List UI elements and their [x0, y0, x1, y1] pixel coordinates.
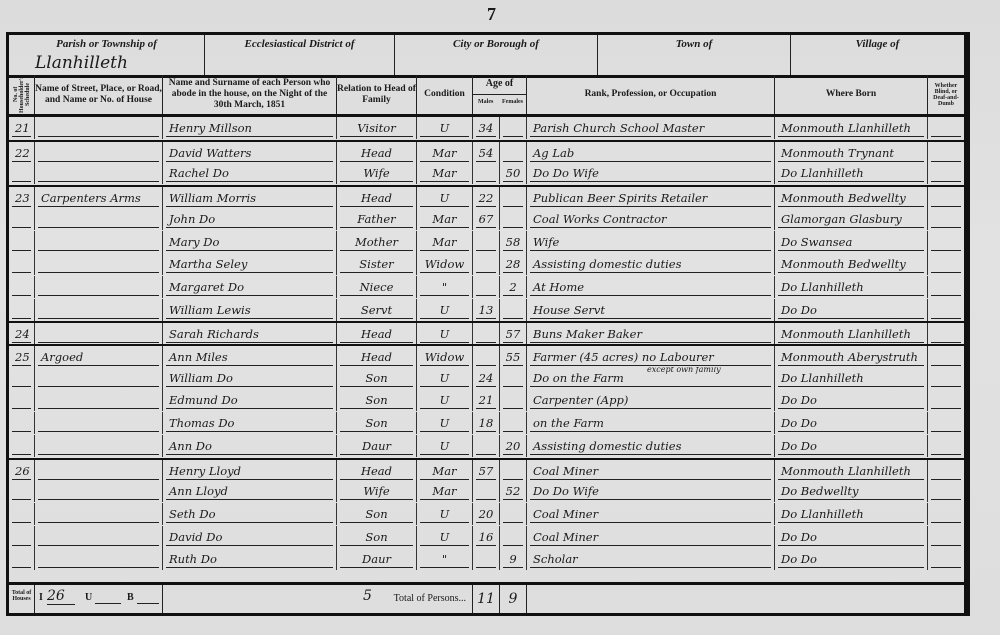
condition-cell: U: [417, 323, 473, 345]
male-age-cell: [473, 162, 500, 184]
where-born: Monmouth Trynant: [775, 146, 894, 160]
person-name-cell: Edmund Do: [163, 389, 337, 411]
schedule-no: 24: [9, 327, 30, 341]
street-cell: [35, 208, 163, 230]
table-row: 23Carpenters ArmsWilliam MorrisHeadU22Pu…: [9, 185, 964, 209]
where-born-cell: Do Llanhilleth: [775, 503, 928, 525]
blind-deaf: [928, 303, 934, 317]
blind-deaf: [928, 235, 934, 249]
person-name-cell: David Watters: [163, 142, 337, 164]
male-age: 21: [479, 393, 494, 407]
schedule-no-cell: [9, 367, 35, 389]
total-houses-label-cell: Total of Houses: [9, 585, 35, 613]
male-age: 57: [479, 464, 494, 478]
occupation-note: except own family: [647, 367, 721, 381]
relation: Wife: [363, 166, 389, 180]
person-name: William Lewis: [163, 303, 251, 317]
relation: Son: [365, 530, 387, 544]
blind-deaf-cell: [928, 548, 964, 570]
occupation-cell: Parish Church School Master: [527, 117, 775, 139]
condition: Mar: [432, 464, 456, 478]
person-name: William Do: [163, 371, 233, 385]
where-born: Do Llanhilleth: [775, 371, 864, 385]
where-born: Monmouth Llanhilleth: [775, 121, 911, 135]
street: [35, 327, 41, 341]
occupation-cell: except own familyDo on the Farm: [527, 367, 775, 389]
where-born: Monmouth Llanhilleth: [775, 327, 911, 341]
male-age: 54: [479, 146, 494, 160]
schedule-no-cell: [9, 276, 35, 298]
condition-cell: U: [417, 435, 473, 457]
ecclesiastical-label: Ecclesiastical District of: [205, 38, 394, 50]
female-age-cell: 50: [500, 162, 527, 184]
where-born: Do Do: [775, 530, 817, 544]
occupation-cell: Ag Lab: [527, 142, 775, 164]
occupation: Scholar: [527, 552, 578, 566]
person-name-cell: William Do: [163, 367, 337, 389]
blind-deaf-cell: [928, 412, 964, 434]
col-females: Females: [502, 99, 523, 105]
schedule-no-cell: [9, 162, 35, 184]
person-name: Edmund Do: [163, 393, 238, 407]
person-name: Ann Lloyd: [163, 484, 228, 498]
col-blind-deaf: Whether Blind, or Deaf-and-Dumb: [928, 75, 964, 114]
male-age: 16: [479, 530, 494, 544]
street: [35, 464, 41, 478]
occupation: Carpenter (App): [527, 393, 628, 407]
blind-deaf-cell: [928, 299, 964, 321]
where-born: Do Do: [775, 552, 817, 566]
occupation-cell: Coal Miner: [527, 526, 775, 548]
schedule-no-cell: 22: [9, 142, 35, 164]
person-name: David Watters: [163, 146, 251, 160]
blind-deaf: [928, 212, 934, 226]
person-name-cell: Rachel Do: [163, 162, 337, 184]
total-persons-label: Total of Persons...: [394, 593, 466, 604]
where-born-cell: Do Swansea: [775, 231, 928, 253]
where-born-cell: Do Do: [775, 299, 928, 321]
condition-cell: U: [417, 187, 473, 209]
female-age-cell: 55: [500, 346, 527, 368]
male-age-cell: 57: [473, 460, 500, 482]
street-cell: [35, 526, 163, 548]
houses-count-cell: I 26 U B: [35, 585, 163, 613]
street: [35, 507, 41, 521]
occupation-cell: At Home: [527, 276, 775, 298]
person-name-cell: William Morris: [163, 187, 337, 209]
table-row: Ruth DoDaur"9ScholarDo Do: [9, 548, 964, 570]
relation-cell: Visitor: [337, 117, 417, 139]
occupation: Do on the Farm: [527, 371, 624, 385]
relation: Daur: [362, 439, 391, 453]
col-name: Name and Surname of each Person who abod…: [163, 75, 337, 114]
relation: Son: [365, 416, 387, 430]
condition: Mar: [432, 235, 456, 249]
street: [35, 257, 41, 271]
occupation-cell: Do Do Wife: [527, 480, 775, 502]
relation: Son: [365, 371, 387, 385]
col-street: Name of Street, Place, or Road, and Name…: [35, 75, 163, 114]
relation: Sister: [359, 257, 393, 271]
city-cell: City or Borough of: [395, 35, 598, 75]
where-born-cell: Monmouth Trynant: [775, 142, 928, 164]
male-age-cell: 18: [473, 412, 500, 434]
male-age-cell: [473, 435, 500, 457]
street-cell: Carpenters Arms: [35, 187, 163, 209]
person-name-cell: Henry Lloyd: [163, 460, 337, 482]
table-row: Edmund DoSonU21Carpenter (App)Do Do: [9, 389, 964, 411]
person-name: Henry Lloyd: [163, 464, 241, 478]
town-label: Town of: [598, 38, 790, 50]
table-row: Mary DoMotherMar58WifeDo Swansea: [9, 231, 964, 253]
occupation-cell: Do Do Wife: [527, 162, 775, 184]
condition-cell: U: [417, 412, 473, 434]
female-age-cell: [500, 142, 527, 164]
schedule-no: [9, 393, 15, 407]
blind-deaf: [928, 327, 934, 341]
condition-cell: Mar: [417, 142, 473, 164]
condition: U: [440, 371, 450, 385]
occupation-cell: Assisting domestic duties: [527, 435, 775, 457]
schedule-no-cell: [9, 548, 35, 570]
table-row: Thomas DoSonU18on the FarmDo Do: [9, 412, 964, 434]
relation-cell: Son: [337, 367, 417, 389]
female-age-cell: [500, 412, 527, 434]
condition-cell: Mar: [417, 162, 473, 184]
column-headers: No. of Householder's Schedule Name of St…: [9, 75, 964, 117]
parish-value: Llanhilleth: [35, 53, 128, 73]
male-age-cell: 16: [473, 526, 500, 548]
person-name: William Morris: [163, 191, 256, 205]
where-born-cell: Monmouth Aberystruth: [775, 346, 928, 368]
person-name: Thomas Do: [163, 416, 234, 430]
person-name: Martha Seley: [163, 257, 247, 271]
relation: Head: [361, 327, 392, 341]
street-cell: [35, 162, 163, 184]
person-name: Rachel Do: [163, 166, 229, 180]
street: [35, 393, 41, 407]
relation-cell: Wife: [337, 480, 417, 502]
where-born-cell: Glamorgan Glasbury: [775, 208, 928, 230]
blind-deaf-cell: [928, 367, 964, 389]
col-age: Age of Males Females: [473, 75, 527, 114]
male-age: 20: [479, 507, 494, 521]
table-row: John DoFatherMar67Coal Works ContractorG…: [9, 208, 964, 230]
where-born-cell: Do Do: [775, 526, 928, 548]
col-males: Males: [478, 99, 493, 105]
where-born: Glamorgan Glasbury: [775, 212, 902, 226]
relation: Daur: [362, 552, 391, 566]
schedule-no-cell: [9, 412, 35, 434]
table-row: Rachel DoWifeMar50Do Do WifeDo Llanhille…: [9, 162, 964, 184]
relation-cell: Father: [337, 208, 417, 230]
male-age-cell: 13: [473, 299, 500, 321]
street-cell: [35, 323, 163, 345]
occupation: Do Do Wife: [527, 166, 599, 180]
person-name-cell: Henry Millson: [163, 117, 337, 139]
street-cell: [35, 548, 163, 570]
blind-deaf-cell: [928, 142, 964, 164]
condition: Mar: [432, 484, 456, 498]
female-age-cell: [500, 389, 527, 411]
male-age-cell: [473, 276, 500, 298]
relation-cell: Head: [337, 187, 417, 209]
street-cell: [35, 142, 163, 164]
relation-cell: Sister: [337, 253, 417, 275]
schedule-no: 26: [9, 464, 30, 478]
relation: Father: [357, 212, 395, 226]
person-name: Ann Do: [163, 439, 212, 453]
blind-deaf-cell: [928, 526, 964, 548]
schedule-no: [9, 416, 15, 430]
blind-deaf-cell: [928, 435, 964, 457]
blind-deaf: [928, 121, 934, 135]
table-row: 22David WattersHeadMar54Ag LabMonmouth T…: [9, 140, 964, 164]
where-born: Monmouth Bedwellty: [775, 257, 906, 271]
street-cell: Argoed: [35, 346, 163, 368]
female-age: 58: [506, 235, 521, 249]
schedule-no-cell: [9, 208, 35, 230]
relation-cell: Son: [337, 526, 417, 548]
street: [35, 121, 41, 135]
condition-cell: Widow: [417, 346, 473, 368]
condition-cell: U: [417, 117, 473, 139]
female-age: 20: [506, 439, 521, 453]
female-age-cell: [500, 526, 527, 548]
street-cell: [35, 276, 163, 298]
where-born: Do Llanhilleth: [775, 280, 864, 294]
blind-deaf: [928, 166, 934, 180]
where-born-cell: Do Llanhilleth: [775, 276, 928, 298]
schedule-no: [9, 552, 15, 566]
table-row: Seth DoSonU20Coal MinerDo Llanhilleth: [9, 503, 964, 525]
street-cell: [35, 460, 163, 482]
condition-cell: Mar: [417, 480, 473, 502]
relation-cell: Servt: [337, 299, 417, 321]
occupation: Buns Maker Baker: [527, 327, 642, 341]
schedule-no: [9, 484, 15, 498]
blind-deaf-cell: [928, 117, 964, 139]
condition-cell: Mar: [417, 231, 473, 253]
relation-cell: Head: [337, 460, 417, 482]
blind-deaf-cell: [928, 389, 964, 411]
condition: U: [440, 303, 450, 317]
street: [35, 280, 41, 294]
blind-deaf-cell: [928, 208, 964, 230]
schedule-no-cell: 21: [9, 117, 35, 139]
where-born-cell: Do Do: [775, 548, 928, 570]
condition: U: [440, 439, 450, 453]
city-label: City or Borough of: [395, 38, 597, 50]
where-born-cell: Monmouth Bedwellty: [775, 187, 928, 209]
table-row: Martha SeleySisterWidow28Assisting domes…: [9, 253, 964, 275]
schedule-no-cell: [9, 526, 35, 548]
blind-deaf-cell: [928, 187, 964, 209]
schedule-no: [9, 166, 15, 180]
occupation: Coal Miner: [527, 530, 598, 544]
schedule-no-cell: 24: [9, 323, 35, 345]
occupation-cell: House Servt: [527, 299, 775, 321]
person-name-cell: David Do: [163, 526, 337, 548]
schedule-no-cell: [9, 503, 35, 525]
person-name: Ann Miles: [163, 350, 228, 364]
schedule-no-cell: 25: [9, 346, 35, 368]
village-label: Village of: [791, 38, 964, 50]
schedule-no-cell: 23: [9, 187, 35, 209]
blind-deaf: [928, 552, 934, 566]
male-age: 18: [479, 416, 494, 430]
relation-cell: Son: [337, 389, 417, 411]
street: [35, 416, 41, 430]
person-name-cell: Ann Do: [163, 435, 337, 457]
occupation-cell: Farmer (45 acres) no Labourer: [527, 346, 775, 368]
ecclesiastical-cell: Ecclesiastical District of: [205, 35, 395, 75]
blind-deaf-cell: [928, 480, 964, 502]
relation: Head: [361, 464, 392, 478]
condition-cell: U: [417, 503, 473, 525]
condition-cell: U: [417, 299, 473, 321]
blind-deaf: [928, 393, 934, 407]
occupation-cell: Coal Miner: [527, 503, 775, 525]
female-age-cell: [500, 208, 527, 230]
person-name: Mary Do: [163, 235, 219, 249]
where-born: Do Bedwellty: [775, 484, 859, 498]
where-born-cell: Monmouth Llanhilleth: [775, 460, 928, 482]
schedule-no: [9, 371, 15, 385]
schedule-no-cell: 26: [9, 460, 35, 482]
where-born: Do Llanhilleth: [775, 507, 864, 521]
col-schedule-no: No. of Householder's Schedule: [9, 75, 35, 114]
table-row: David DoSonU16Coal MinerDo Do: [9, 526, 964, 548]
occupation-cell: Publican Beer Spirits Retailer: [527, 187, 775, 209]
relation-cell: Daur: [337, 548, 417, 570]
condition: Widow: [425, 350, 464, 364]
total-houses-label: Total of Houses: [9, 585, 34, 602]
occupation-cell: Wife: [527, 231, 775, 253]
female-age-cell: [500, 460, 527, 482]
where-born: Do Do: [775, 416, 817, 430]
where-born-cell: Do Do: [775, 412, 928, 434]
blind-deaf: [928, 507, 934, 521]
blind-deaf: [928, 280, 934, 294]
census-page: 7 Parish or Township of Llanhilleth Eccl…: [0, 0, 1000, 635]
occupation: Wife: [527, 235, 559, 249]
occupation: Farmer (45 acres) no Labourer: [527, 350, 714, 364]
occupation-cell: Buns Maker Baker: [527, 323, 775, 345]
female-age-cell: 58: [500, 231, 527, 253]
male-age-cell: [473, 346, 500, 368]
blind-deaf-cell: [928, 162, 964, 184]
relation-cell: Head: [337, 346, 417, 368]
houses-inhabited: 26: [47, 588, 75, 605]
condition: U: [440, 393, 450, 407]
where-born: Do Llanhilleth: [775, 166, 864, 180]
condition: Mar: [432, 212, 456, 226]
occupation-cell: Carpenter (App): [527, 389, 775, 411]
schedule-no: [9, 439, 15, 453]
condition: U: [440, 530, 450, 544]
condition: ": [442, 280, 447, 294]
male-age-cell: [473, 548, 500, 570]
schedule-no-cell: [9, 253, 35, 275]
person-name: David Do: [163, 530, 222, 544]
female-age: 57: [506, 327, 521, 341]
relation-cell: Head: [337, 142, 417, 164]
female-age: 9: [509, 552, 516, 566]
male-age-cell: 22: [473, 187, 500, 209]
col-relation: Relation to Head of Family: [337, 75, 417, 114]
male-age: 13: [479, 303, 494, 317]
condition: U: [440, 191, 450, 205]
street-cell: [35, 503, 163, 525]
relation-cell: Wife: [337, 162, 417, 184]
male-age-cell: [473, 480, 500, 502]
village-cell: Village of: [791, 35, 964, 75]
table-row: Ann DoDaurU20Assisting domestic dutiesDo…: [9, 435, 964, 457]
street: [35, 303, 41, 317]
condition: U: [440, 327, 450, 341]
relation: Son: [365, 507, 387, 521]
occupation-cell: Assisting domestic duties: [527, 253, 775, 275]
female-age-cell: 57: [500, 323, 527, 345]
relation: Servt: [361, 303, 392, 317]
page-number: 7: [487, 4, 496, 25]
male-age: 67: [479, 212, 494, 226]
female-age-cell: [500, 117, 527, 139]
male-age-cell: [473, 253, 500, 275]
condition: U: [440, 416, 450, 430]
condition: Mar: [432, 166, 456, 180]
male-age-cell: 20: [473, 503, 500, 525]
occupation: Parish Church School Master: [527, 121, 704, 135]
occupation: Publican Beer Spirits Retailer: [527, 191, 707, 205]
schedule-no-cell: [9, 480, 35, 502]
person-name: Seth Do: [163, 507, 216, 521]
condition-cell: U: [417, 526, 473, 548]
street: [35, 530, 41, 544]
where-born-cell: Monmouth Llanhilleth: [775, 117, 928, 139]
occupation: on the Farm: [527, 416, 604, 430]
occupation: House Servt: [527, 303, 605, 317]
occupation: Assisting domestic duties: [527, 439, 681, 453]
total-females: 9: [500, 585, 527, 613]
occupation-cell: Coal Works Contractor: [527, 208, 775, 230]
blind-deaf-cell: [928, 346, 964, 368]
occupation: At Home: [527, 280, 584, 294]
male-age-cell: [473, 231, 500, 253]
relation: Wife: [363, 484, 389, 498]
person-name-cell: John Do: [163, 208, 337, 230]
where-born-cell: Monmouth Llanhilleth: [775, 323, 928, 345]
where-born-cell: Do Do: [775, 435, 928, 457]
schedule-no: [9, 257, 15, 271]
relation-cell: Mother: [337, 231, 417, 253]
blind-deaf: [928, 484, 934, 498]
blind-deaf: [928, 146, 934, 160]
relation: Visitor: [357, 121, 395, 135]
street: [35, 146, 41, 160]
female-age-cell: 52: [500, 480, 527, 502]
female-age-cell: [500, 503, 527, 525]
person-name-cell: Thomas Do: [163, 412, 337, 434]
table-row: William LewisServtU13House ServtDo Do: [9, 299, 964, 321]
male-age: 24: [479, 371, 494, 385]
female-age-cell: 28: [500, 253, 527, 275]
relation: Niece: [360, 280, 394, 294]
female-age-cell: 20: [500, 435, 527, 457]
street-cell: [35, 480, 163, 502]
location-header: Parish or Township of Llanhilleth Eccles…: [9, 35, 964, 78]
